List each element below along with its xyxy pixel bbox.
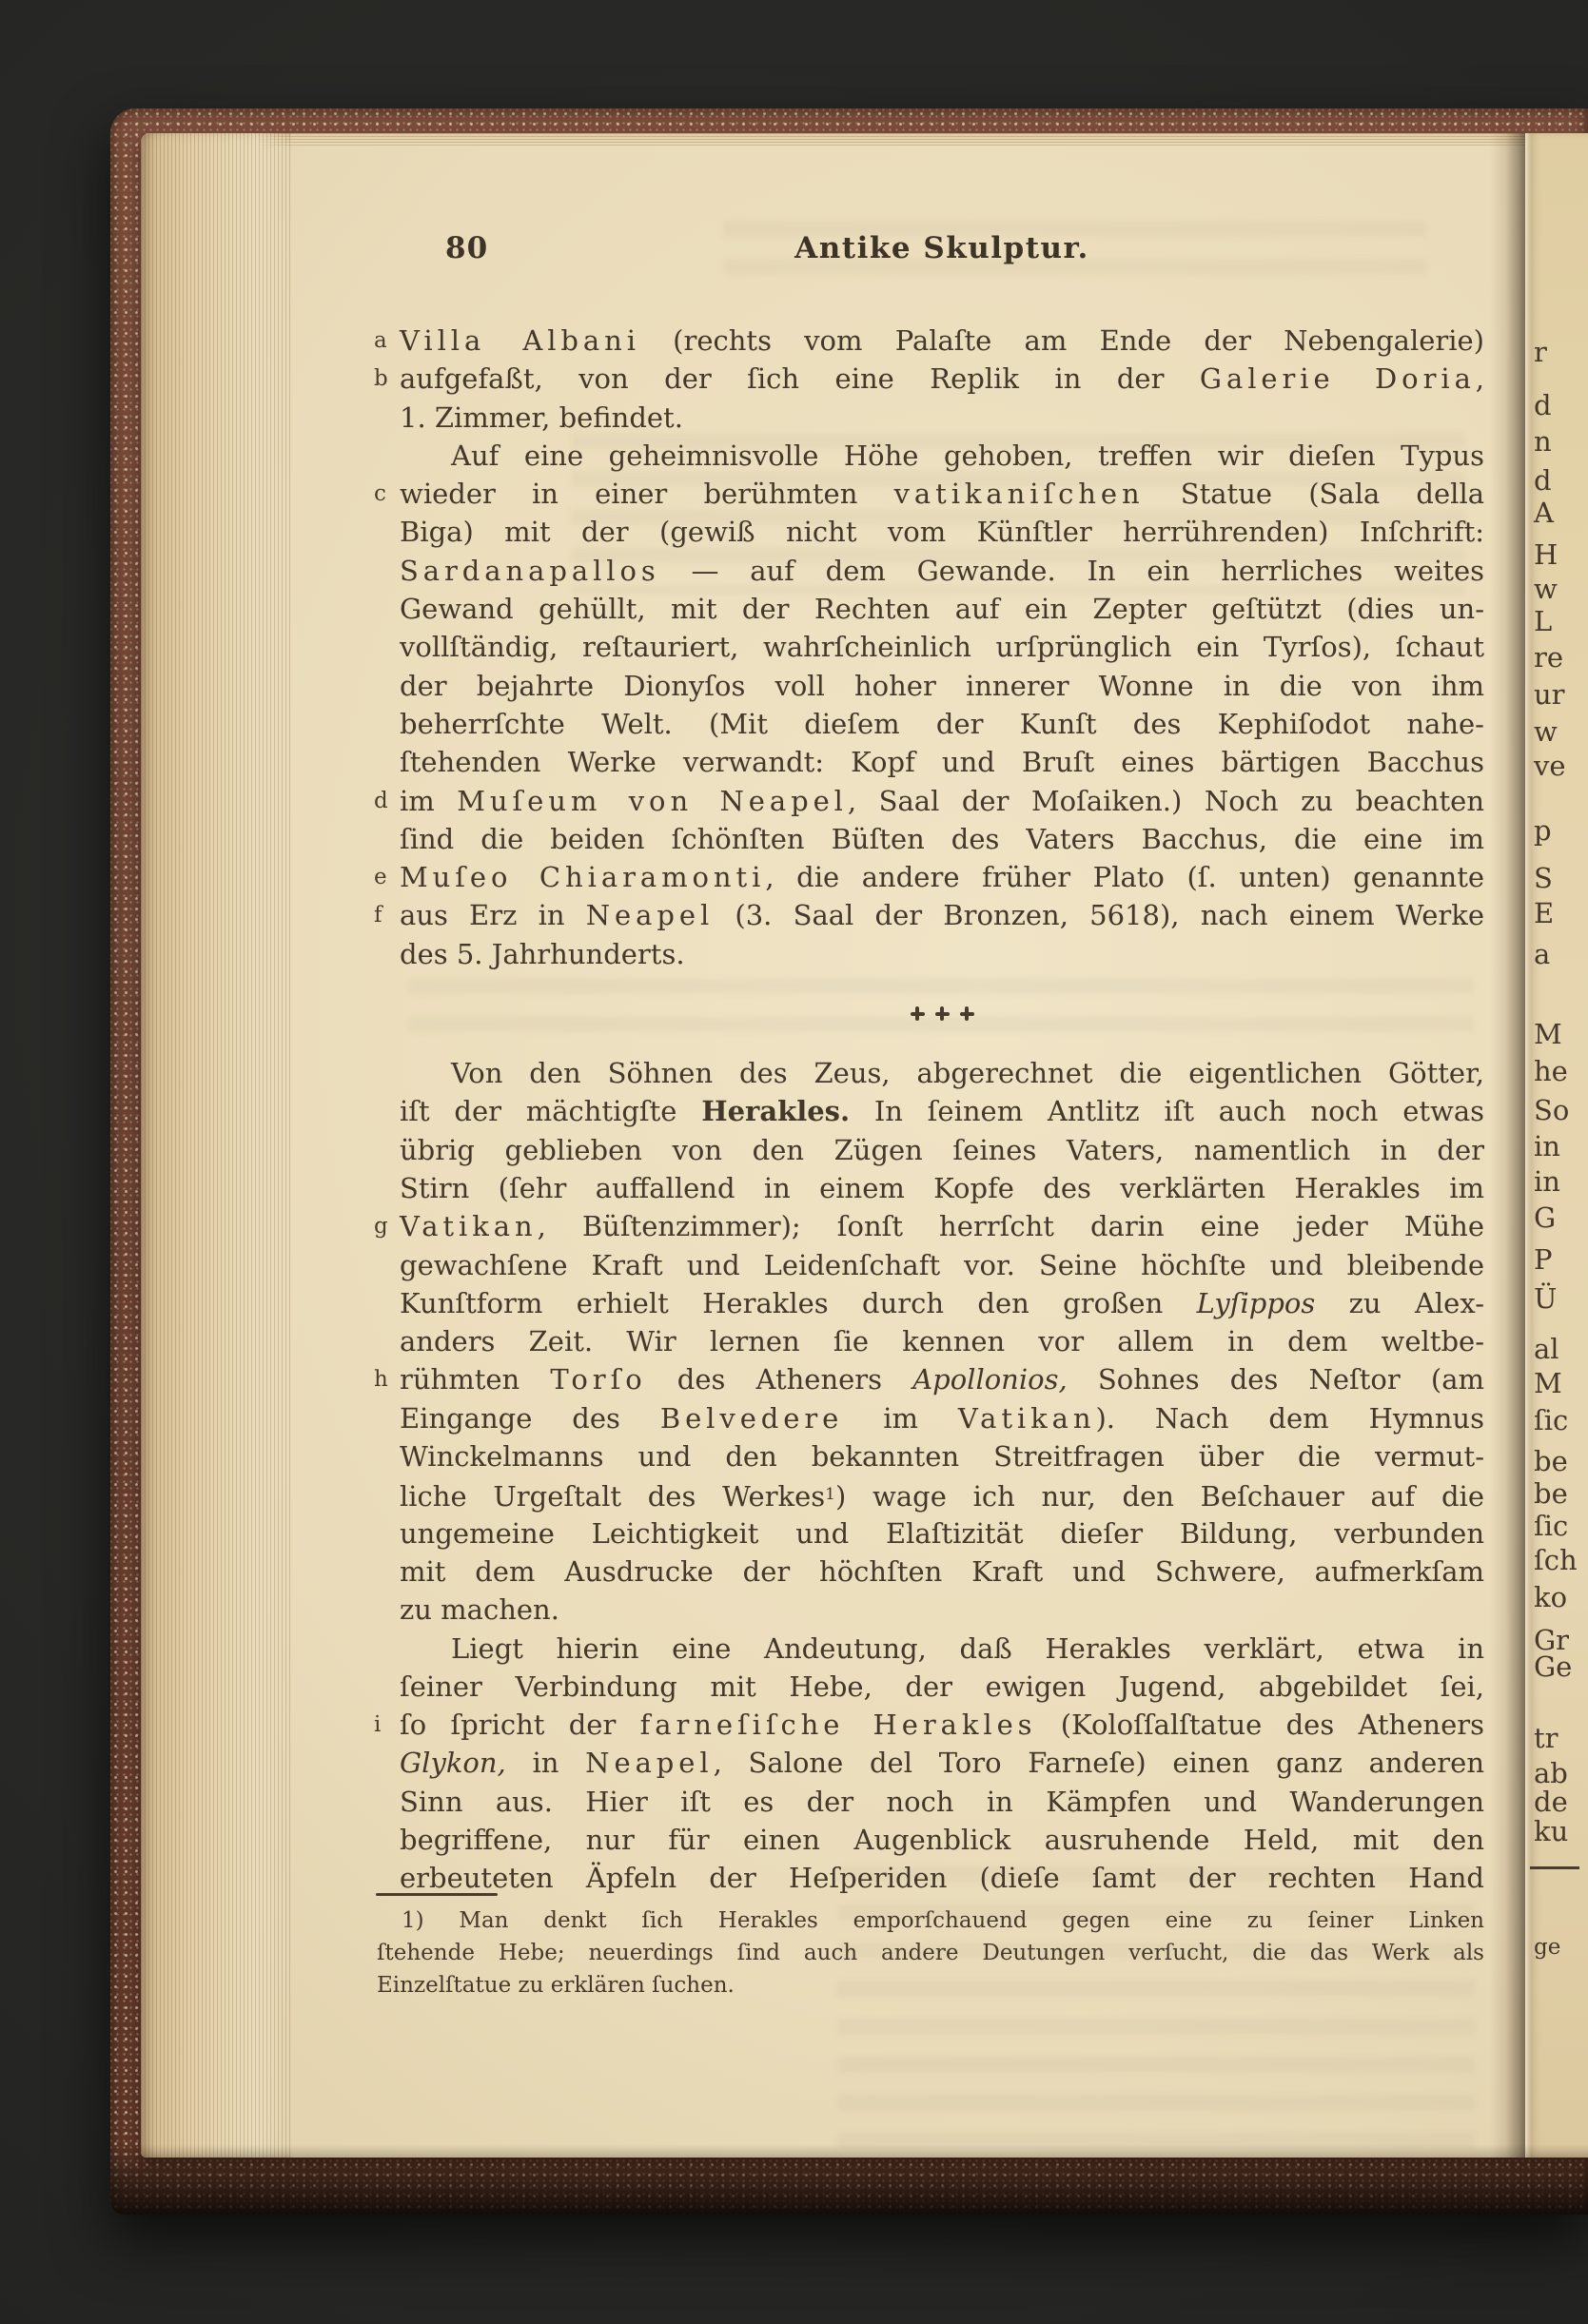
text-line: dim Muſeum von Neapel, Saal der Moſaiken…: [400, 782, 1484, 820]
text-segment: Torſo: [550, 1363, 646, 1396]
text-segment: Stirn (ſehr auffallend in einem Kopfe de…: [400, 1172, 1484, 1204]
cross-fleuron-icon: [935, 1006, 950, 1021]
text-segment: Vatikan: [400, 1210, 538, 1242]
text-line: Liegt hierin eine Andeutung, daß Herakle…: [400, 1630, 1484, 1668]
facing-page-text-fragment: tr: [1534, 1722, 1559, 1754]
text-segment: Biga) mit der (gewiß nicht vom Künſtler …: [400, 516, 1484, 548]
facing-page-text-fragment: n: [1534, 425, 1552, 458]
text-segment: , Büſtenzimmer); ſonſt herrſcht darin ei…: [538, 1210, 1484, 1242]
footnote-block: 1) Man denkt ſich Herakles emporſchauend…: [377, 1904, 1484, 2002]
text-segment: im: [400, 785, 457, 817]
margin-letter: c: [374, 478, 386, 510]
facing-page-text-fragment: G: [1534, 1201, 1556, 1234]
text-segment: Einzelſtatue zu erklären ſuchen.: [377, 1973, 735, 1998]
text-line: vollſtändig, reſtauriert, wahrſcheinlich…: [400, 628, 1484, 666]
margin-letter: f: [374, 899, 382, 931]
text-segment: Herakles.: [701, 1095, 850, 1127]
text-segment: Vatikan: [958, 1402, 1096, 1435]
facing-page-text-fragment: ku: [1534, 1815, 1568, 1847]
text-line: ungemeine Leichtigkeit und Elaſtizität d…: [400, 1514, 1484, 1553]
text-segment: ſtehende Hebe; neuerdings ſind auch ande…: [377, 1941, 1484, 1965]
facing-page-text-fragment: w: [1534, 573, 1558, 605]
text-segment: Apollonios,: [912, 1363, 1068, 1396]
text-line: ſtehende Hebe; neuerdings ſind auch ande…: [377, 1937, 1484, 1969]
margin-letter: h: [374, 1363, 388, 1396]
text-segment: (3. Saal der Bronzen, 5618), nach einem …: [714, 899, 1484, 931]
text-segment: wieder in einer berühmten: [400, 478, 894, 510]
facing-page-text-fragment: w: [1534, 715, 1558, 748]
text-line: begriffene, nur für einen Augenblick aus…: [400, 1821, 1484, 1859]
text-line: iſo ſpricht der farneſiſche Herakles (Ko…: [400, 1706, 1484, 1744]
text-segment: begriffene, nur für einen Augenblick aus…: [400, 1824, 1484, 1856]
text-line: 1) Man denkt ſich Herakles emporſchauend…: [377, 1904, 1484, 1937]
text-line: Von den Söhnen des Zeus, abgerechnet die…: [400, 1054, 1484, 1092]
right-page-footnote-rule: [1530, 1866, 1579, 1869]
facing-page-text-fragment: be: [1534, 1477, 1568, 1510]
text-line: des 5. Jahrhunderts.: [400, 935, 1484, 973]
facing-page-text-fragment: d: [1534, 464, 1552, 497]
text-segment: , Salone del Toro Farneſe) einen ganz an…: [714, 1747, 1484, 1779]
text-segment: Villa Albani: [400, 324, 640, 357]
text-segment: , die andere früher Plato (ſ. unten) gen…: [765, 861, 1484, 893]
text-segment: (Koloſſalſtatue des Atheners: [1036, 1709, 1484, 1741]
text-segment: Glykon,: [400, 1747, 506, 1779]
text-line: 1. Zimmer, befindet.: [400, 399, 1484, 437]
facing-page-text-fragment: H: [1534, 538, 1558, 571]
text-segment: 1) Man denkt ſich Herakles emporſchauend…: [402, 1908, 1484, 1933]
facing-page-text-fragment: ſic: [1534, 1510, 1568, 1542]
text-segment: im: [843, 1402, 958, 1435]
scanned-book-photo: 80 Antike Skulptur. aVilla Albani (recht…: [0, 0, 1588, 2324]
text-line: Sinn aus. Hier iſt es der noch in Kämpfe…: [400, 1783, 1484, 1821]
text-line: erbeuteten Äpfeln der Heſperiden (dieſe …: [400, 1859, 1484, 1897]
facing-page-text-fragment: S: [1534, 862, 1553, 894]
text-segment: ſeiner Verbindung mit Hebe, der ewigen J…: [400, 1670, 1484, 1703]
facing-page-text-fragment: he: [1534, 1055, 1568, 1087]
text-segment: — auf dem Gewande. In ein herrliches wei…: [660, 555, 1484, 587]
text-segment: Muſeum von Neapel: [457, 785, 848, 817]
facing-page-text-fragment: d: [1534, 389, 1552, 421]
margin-letter: a: [374, 324, 387, 357]
facing-page-text-fragment: M: [1534, 1018, 1562, 1050]
text-line: mit dem Ausdrucke der höchſten Kraft und…: [400, 1553, 1484, 1591]
margin-letter: e: [374, 861, 387, 893]
text-segment: 1: [825, 1485, 835, 1504]
text-segment: Gewand gehüllt, mit der Rechten auf ein …: [400, 593, 1484, 625]
margin-letter: g: [374, 1210, 388, 1242]
text-segment: gewachſene Kraft und Leidenſchaft vor. S…: [400, 1249, 1484, 1281]
text-line: Biga) mit der (gewiß nicht vom Künſtler …: [400, 513, 1484, 551]
text-line: Auf eine geheimnisvolle Höhe gehoben, tr…: [400, 437, 1484, 475]
text-segment: Statue (Sala della: [1145, 478, 1484, 510]
text-segment: Auf eine geheimnisvolle Höhe gehoben, tr…: [451, 439, 1484, 472]
text-line: gewachſene Kraft und Leidenſchaft vor. S…: [400, 1246, 1484, 1284]
text-segment: Sohnes des Neſtor (am: [1068, 1363, 1484, 1396]
text-line: Gewand gehüllt, mit der Rechten auf ein …: [400, 590, 1484, 628]
text-segment: , Saal der Moſaiken.) Noch zu beachten: [848, 785, 1484, 817]
text-segment: zu machen.: [400, 1593, 559, 1626]
text-segment: (rechts vom Palaſte am Ende der Nebengal…: [640, 324, 1484, 357]
text-segment: Winckelmanns und den bekannten Streitfra…: [400, 1440, 1484, 1473]
text-segment: Muſeo Chiaramonti: [400, 861, 765, 893]
text-line: hrühmten Torſo des Atheners Apollonios, …: [400, 1360, 1484, 1398]
text-line: faus Erz in Neapel (3. Saal der Bronzen,…: [400, 896, 1484, 934]
cross-fleuron-icon: [911, 1006, 925, 1021]
facing-page-text-fragment: ſic: [1534, 1404, 1568, 1436]
text-line: ſeiner Verbindung mit Hebe, der ewigen J…: [400, 1668, 1484, 1706]
text-line: cwieder in einer berühmten vatikaniſchen…: [400, 475, 1484, 513]
facing-page-text-fragment: M: [1534, 1367, 1562, 1399]
text-line: übrig geblieben von den Zügen ſeines Vat…: [400, 1131, 1484, 1169]
text-segment: ſtehenden Werke verwandt: Kopf und Bruſt…: [400, 746, 1484, 778]
text-line: iſt der mächtigſte Herakles. In ſeinem A…: [400, 1092, 1484, 1130]
gutter-fold: [1490, 133, 1525, 2158]
text-segment: Liegt hierin eine Andeutung, daß Herakle…: [451, 1632, 1484, 1665]
facing-page-footnote-fragment: ge: [1534, 1931, 1560, 1963]
facing-page-text-fragment: in: [1534, 1130, 1560, 1162]
text-line: Stirn (ſehr auffallend in einem Kopfe de…: [400, 1169, 1484, 1207]
text-line: baufgefaßt, von der ſich eine Replik in …: [400, 360, 1484, 398]
text-line: Sardanapallos — auf dem Gewande. In ein …: [400, 552, 1484, 590]
facing-page-text-fragment: be: [1534, 1445, 1568, 1477]
text-segment: In ſeinem Antlitz iſt auch noch etwas: [850, 1095, 1484, 1127]
text-segment: rühmten: [400, 1363, 550, 1396]
text-segment: Neapel: [585, 1747, 713, 1779]
text-segment: vatikaniſchen: [894, 478, 1145, 510]
margin-letter: i: [374, 1709, 381, 1741]
facing-page-text-fragment: p: [1534, 814, 1552, 847]
facing-page-text-fragment: Ü: [1534, 1282, 1557, 1315]
running-header: Antike Skulptur.: [400, 231, 1484, 265]
facing-page-text-fragment: al: [1534, 1333, 1559, 1365]
facing-page-text-fragment: P: [1534, 1243, 1553, 1276]
text-line: ſind die beiden ſchönſten Büſten des Vat…: [400, 820, 1484, 858]
text-segment: vollſtändig, reſtauriert, wahrſcheinlich…: [400, 631, 1484, 663]
text-line: Kunſtform erhielt Herakles durch den gro…: [400, 1284, 1484, 1322]
text-segment: Kunſtform erhielt Herakles durch den gro…: [400, 1287, 1197, 1319]
text-segment: Von den Söhnen des Zeus, abgerechnet die…: [451, 1057, 1484, 1089]
text-segment: in: [506, 1747, 585, 1779]
text-segment: zu Alex-: [1315, 1287, 1484, 1319]
text-segment: beherrſchte Welt. (Mit dieſem der Kunſt …: [400, 708, 1484, 740]
facing-page-text-fragment: ab: [1534, 1757, 1568, 1789]
text-segment: ungemeine Leichtigkeit und Elaſtizität d…: [400, 1517, 1484, 1550]
facing-page-text-fragment: ko: [1534, 1581, 1567, 1613]
text-segment: anders Zeit. Wir lernen ſie kennen vor a…: [400, 1325, 1484, 1357]
text-segment: aufgefaßt, von der ſich eine Replik in d…: [400, 362, 1200, 395]
facing-page-text-fragment: A: [1534, 497, 1554, 529]
facing-page-text-fragment: r: [1534, 336, 1547, 368]
facing-page-text-fragment: re: [1534, 641, 1563, 674]
text-line: Eingange des Belvedere im Vatikan). Nach…: [400, 1399, 1484, 1437]
text-line: beherrſchte Welt. (Mit dieſem der Kunſt …: [400, 705, 1484, 743]
text-segment: ,: [1476, 362, 1484, 395]
text-segment: ). Nach dem Hymnus: [1095, 1402, 1484, 1435]
text-segment: erbeuteten Äpfeln der Heſperiden (dieſe …: [400, 1862, 1484, 1894]
text-segment: aus Erz in: [400, 899, 586, 931]
text-segment: des 5. Jahrhunderts.: [400, 938, 685, 970]
page-stack-edge: [141, 133, 291, 2158]
facing-page-text-fragment: ur: [1534, 678, 1565, 711]
running-title: Antike Skulptur.: [794, 231, 1089, 265]
facing-page-text-fragment: So: [1534, 1094, 1569, 1126]
text-segment: Belvedere: [660, 1402, 843, 1435]
cross-fleuron-icon: [960, 1006, 974, 1021]
text-segment: des Atheners: [647, 1363, 913, 1396]
text-segment: mit dem Ausdrucke der höchſten Kraft und…: [400, 1555, 1484, 1588]
text-segment: iſt der mächtigſte: [400, 1095, 701, 1127]
text-line: zu machen.: [400, 1591, 1484, 1629]
text-line: der bejahrte Dionyſos voll hoher innerer…: [400, 667, 1484, 705]
text-line: gVatikan, Büſtenzimmer); ſonſt herrſcht …: [400, 1207, 1484, 1245]
text-line: Glykon, in Neapel, Salone del Toro Farne…: [400, 1744, 1484, 1782]
text-segment: ) wage ich nur, den Beſchauer auf die: [835, 1480, 1484, 1513]
text-segment: farneſiſche Herakles: [640, 1709, 1037, 1741]
facing-page-text-fragment: L: [1534, 605, 1552, 637]
text-line: Winckelmanns und den bekannten Streitfra…: [400, 1437, 1484, 1475]
text-segment: Sinn aus. Hier iſt es der noch in Kämpfe…: [400, 1786, 1484, 1818]
text-line: eMuſeo Chiaramonti, die andere früher Pl…: [400, 858, 1484, 896]
text-segment: liche Urgeſtalt des Werkes: [400, 1480, 825, 1513]
footnote-rule: [376, 1893, 498, 1896]
text-segment: übrig geblieben von den Zügen ſeines Vat…: [400, 1134, 1484, 1166]
margin-letter: d: [374, 785, 388, 817]
section-ornament: [400, 973, 1484, 1054]
text-segment: 1. Zimmer, befindet.: [400, 401, 683, 434]
text-segment: Lyſippos: [1197, 1287, 1316, 1319]
text-segment: Sardanapallos: [400, 555, 660, 587]
text-segment: ſo ſpricht der: [400, 1709, 640, 1741]
text-block: aVilla Albani (rechts vom Palaſte am End…: [400, 322, 1484, 1898]
facing-page-text-fragment: ve: [1534, 750, 1566, 782]
text-segment: ſind die beiden ſchönſten Büſten des Vat…: [400, 823, 1484, 855]
text-segment: Eingange des: [400, 1402, 660, 1435]
facing-page-text-fragment: ſch: [1534, 1544, 1578, 1576]
facing-page-text-fragment: E: [1534, 897, 1554, 929]
facing-page-text-fragment: Ge: [1534, 1650, 1572, 1683]
facing-page-text-fragment: a: [1534, 938, 1550, 970]
text-line: liche Urgeſtalt des Werkes1) wage ich nu…: [400, 1475, 1484, 1514]
text-line: anders Zeit. Wir lernen ſie kennen vor a…: [400, 1322, 1484, 1360]
text-line: Einzelſtatue zu erklären ſuchen.: [377, 1969, 1484, 2002]
facing-page-text-fragment: de: [1534, 1786, 1568, 1818]
text-segment: Neapel: [586, 899, 714, 931]
text-segment: Galerie Doria: [1200, 362, 1476, 395]
margin-letter: b: [374, 362, 388, 395]
text-line: aVilla Albani (rechts vom Palaſte am End…: [400, 322, 1484, 360]
text-segment: der bejahrte Dionyſos voll hoher innerer…: [400, 670, 1484, 702]
facing-page-text-fragment: in: [1534, 1165, 1560, 1198]
text-line: ſtehenden Werke verwandt: Kopf und Bruſt…: [400, 743, 1484, 781]
